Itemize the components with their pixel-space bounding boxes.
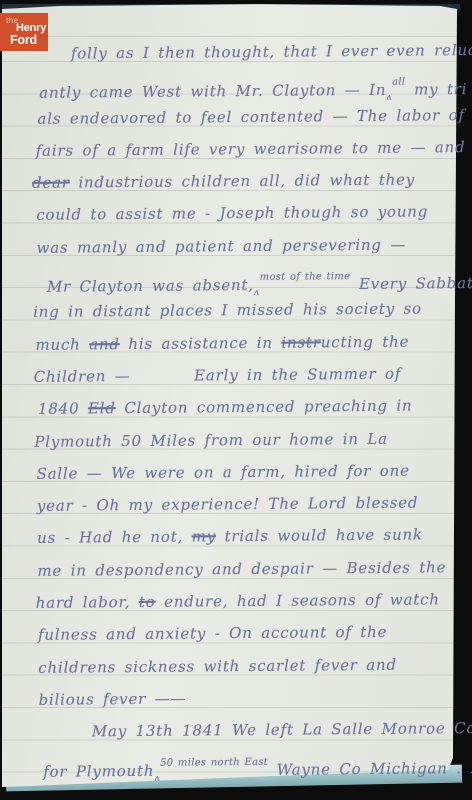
manuscript-segment-normal: Plymouth 50 Miles from our home in La	[34, 429, 388, 450]
manuscript-segment-normal: Mr Clayton was absent,	[47, 276, 254, 296]
manuscript-line: fairs of a farm life very wearisome to m…	[32, 131, 456, 167]
manuscript-segment-normal: Children —	[34, 367, 140, 386]
manuscript-segment-strike: dear	[32, 174, 70, 192]
manuscript-segment-normal: industrious children all, did what they	[70, 171, 415, 192]
manuscript-segment-normal: trials would have sunk	[216, 526, 423, 546]
manuscript-line: May 13th 1841 We left La Salle Monroe Co…	[37, 712, 461, 748]
manuscript-segment-normal: Clayton commenced preaching in	[116, 397, 413, 418]
manuscript-line: folly as I then thought, that I ever eve…	[31, 34, 455, 70]
manuscript-line: ing in distant places I missed his socie…	[33, 293, 457, 329]
manuscript-segment-normal: much	[35, 335, 89, 353]
manuscript-segment-normal: ucting the	[321, 332, 410, 351]
manuscript-segment-normal: childrens sickness with scarlet fever an…	[38, 655, 397, 676]
manuscript-segment-normal: was manly and patient and persevering —	[37, 235, 407, 256]
manuscript-segment-normal: year - Oh my experience! The Lord blesse…	[37, 494, 419, 515]
manuscript-segment-normal: als endeavored to feel contented — The l…	[37, 106, 464, 128]
manuscript-line: dear industrious children all, did what …	[32, 163, 456, 199]
manuscript-segment-caret: ʌ	[154, 773, 160, 783]
manuscript-line: for Plymouthʌ50 miles north East Wayne C…	[37, 745, 461, 781]
scanned-document: folly as I then thought, that I ever eve…	[0, 0, 472, 800]
manuscript-line: was manly and patient and persevering —	[32, 228, 456, 264]
manuscript-line: Salle — We were on a farm, hired for one	[34, 454, 458, 490]
manuscript-segment-normal: his assistance in	[120, 333, 282, 352]
manuscript-segment-normal: ing in distant places I missed his socie…	[33, 300, 422, 321]
manuscript-line: year - Oh my experience! The Lord blesse…	[35, 486, 459, 522]
manuscript-segment-strike: Eld	[88, 399, 116, 417]
manuscript-line: much and his assistance in instructing t…	[33, 325, 457, 361]
manuscript-segment-normal: me in despondency and despair — Besides …	[37, 558, 446, 580]
manuscript-segment-insert: all	[392, 77, 405, 88]
manuscript-segment-normal: my tri	[405, 80, 467, 99]
manuscript-line: me in despondency and despair — Besides …	[35, 551, 459, 587]
manuscript-line: als endeavored to feel contented — The l…	[31, 99, 455, 135]
manuscript-line: hard labor, to endure, had I seasons of …	[36, 583, 460, 619]
manuscript-segment-normal: could to assist me - Joseph though so yo…	[36, 203, 428, 224]
manuscript-segment-normal: 1840	[38, 400, 88, 418]
manuscript-line: Children — Early in the Summer of	[34, 357, 458, 393]
logo-word-ford: Ford	[10, 33, 37, 47]
manuscript-segment-normal: folly as I then thought, that I ever eve…	[71, 41, 472, 63]
manuscript-segment-normal: bilious fever ——	[38, 689, 186, 708]
manuscript-segment-normal: Wayne Co Michigan . Mr. Clayton	[268, 758, 472, 779]
manuscript-text: folly as I then thought, that I ever eve…	[31, 34, 461, 780]
manuscript-segment-normal: endure, had I seasons of watch	[155, 590, 439, 610]
manuscript-segment-normal: Early in the Summer of	[194, 365, 401, 385]
manuscript-segment-normal: fulness and anxiety - On account of the	[38, 623, 387, 644]
manuscript-line: 1840 Eld Clayton commenced preaching in	[34, 389, 458, 425]
manuscript-segment-normal: fairs of a farm life very wearisome to m…	[36, 138, 466, 160]
manuscript-segment-normal: May 13th 1841 We left La Salle Monroe Co…	[92, 719, 472, 741]
manuscript-line: fulness and anxiety - On account of the	[36, 615, 460, 651]
manuscript-line: Plymouth 50 Miles from our home in La	[34, 422, 458, 458]
manuscript-segment-insert: 50 miles north East	[160, 756, 268, 768]
manuscript-segment-normal: Salle — We were on a farm, hired for one	[36, 461, 409, 482]
manuscript-segment-normal: antly came West with Mr. Clayton — In	[39, 81, 386, 102]
henry-ford-logo: the Henry Ford	[0, 13, 48, 51]
manuscript-line: Mr Clayton was absent,ʌmost of the time …	[33, 260, 457, 296]
manuscript-segment-normal: Every Sabbath preach-	[350, 273, 472, 293]
manuscript-line: could to assist me - Joseph though so yo…	[32, 196, 456, 232]
manuscript-line: us - Had he not, my trials would have su…	[35, 519, 459, 555]
manuscript-line: antly came West with Mr. Clayton — Inʌal…	[31, 66, 455, 102]
manuscript-line: bilious fever ——	[36, 680, 460, 716]
manuscript-segment-strike: to	[139, 593, 156, 611]
manuscript-segment-strike: my	[192, 528, 216, 546]
manuscript-segment-strike: and	[89, 335, 120, 353]
manuscript-segment-insert: most of the time	[260, 271, 351, 283]
manuscript-line: childrens sickness with scarlet fever an…	[36, 648, 460, 684]
manuscript-segment-normal: us - Had he not,	[37, 528, 192, 547]
manuscript-segment-normal: hard labor,	[36, 593, 139, 612]
manuscript-segment-normal: for Plymouth	[43, 761, 154, 780]
manuscript-segment-strike: instr	[281, 333, 321, 351]
